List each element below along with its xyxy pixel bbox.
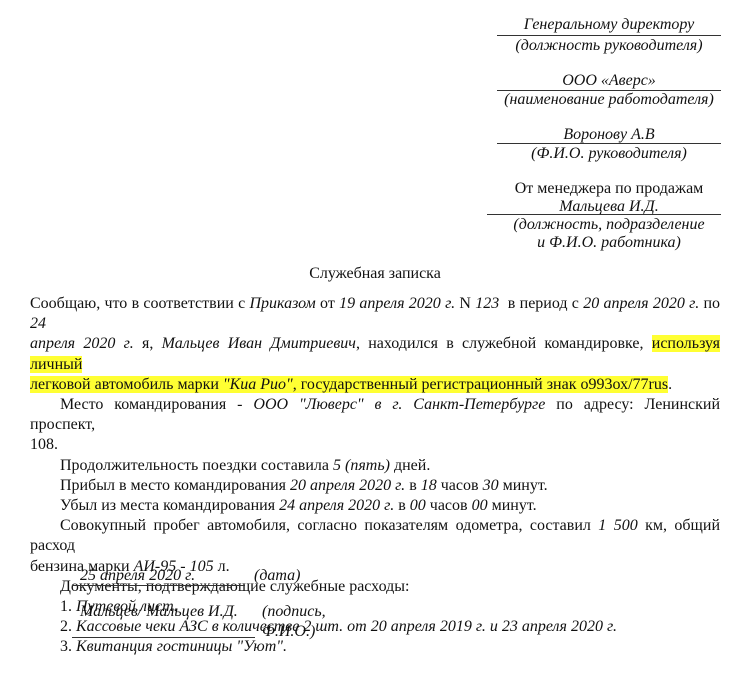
highlighted-plate: , государственный регистрационный знак о… [293, 376, 668, 393]
text: л. [214, 558, 230, 575]
text: Сообщаю, что в соответствии с [30, 295, 249, 312]
list-item: 3. Квитанция гостиницы "Уют". [30, 637, 720, 657]
paragraph-trip-line-3: легковой автомобиль марки "Киа Рио", гос… [30, 375, 720, 395]
paragraph-place-line-2: 108. [30, 435, 720, 455]
period-end-day: 24 [30, 315, 46, 332]
list-number: 1. [60, 598, 76, 615]
signature-caption-2: Ф.И.О.) [262, 622, 315, 642]
head-name: Воронову А.В [497, 125, 721, 145]
arrival-hours: 18 [421, 477, 437, 494]
arrival-date: 20 апреля 2020 г. [290, 477, 405, 494]
period-start: 20 апреля 2020 г. [583, 295, 699, 312]
text: , находился в служебной командировке, [356, 335, 652, 352]
paragraph-arrival: Прибыл в место командирования 20 апреля … [30, 476, 720, 496]
document-title: Служебная записка [0, 265, 750, 283]
text: часов [437, 477, 483, 494]
order-date: 19 апреля 2020 г. [339, 295, 455, 312]
text: по [699, 295, 720, 312]
arrival-minutes: 30 [483, 477, 499, 494]
text: . [668, 376, 672, 393]
text: Прибыл в место командирования [60, 477, 290, 494]
text: минут. [488, 497, 537, 514]
order-word: Приказом [249, 295, 315, 312]
text: N [455, 295, 475, 312]
mileage: 1 500 [598, 517, 637, 534]
text: Убыл из места командирования [60, 497, 279, 514]
date-underline [72, 585, 245, 586]
text: я, [134, 335, 162, 352]
text: Продолжительность поездки составила [60, 457, 333, 474]
text: Место командирования - [60, 396, 253, 413]
departure-date: 24 апреля 2020 г. [279, 497, 394, 514]
paragraph-place-line-1: Место командирования - ООО "Люверс" в г.… [30, 395, 720, 435]
text: минут. [499, 477, 548, 494]
departure-minutes: 00 [472, 497, 488, 514]
signature-name: Мальцев/ Мальцев И.Д. [80, 602, 238, 622]
text: в [394, 497, 410, 514]
paragraph-mileage-line-1: Совокупный пробег автомобиля, согласно п… [30, 516, 720, 556]
paragraph-duration: Продолжительность поездки составила 5 (п… [30, 456, 720, 476]
text: Совокупный пробег автомобиля, согласно п… [60, 517, 598, 534]
order-number: 123 [475, 295, 499, 312]
text: дней. [390, 457, 430, 474]
place: ООО "Люверс" в г. Санкт-Петербурге [253, 396, 545, 413]
list-number: 2. [60, 618, 76, 635]
employer-caption: (наименование работодателя) [497, 90, 721, 110]
text: часов [426, 497, 472, 514]
text: в период с [499, 295, 583, 312]
employee-name: Мальцев Иван Дмитриевич [162, 335, 356, 352]
departure-hours: 00 [410, 497, 426, 514]
paragraph-trip-line-1: Сообщаю, что в соответствии с Приказом о… [30, 294, 720, 334]
text: в [405, 477, 421, 494]
duration: 5 (пять) [333, 457, 390, 474]
highlighted-text: легковой автомобиль марки [30, 376, 223, 393]
date-caption: (дата) [254, 566, 301, 586]
sender-caption-1: (должность, подразделение [497, 215, 721, 235]
head-name-caption: (Ф.И.О. руководителя) [497, 144, 721, 164]
addressee-position: Генеральному директору [497, 15, 721, 35]
paragraph-departure: Убыл из места командирования 24 апреля 2… [30, 496, 720, 516]
paragraph-trip-line-2: апреля 2020 г. я, Мальцев Иван Дмитриеви… [30, 334, 720, 374]
sender-position: От менеджера по продажам [497, 179, 721, 199]
list-number: 3. [60, 638, 76, 655]
text: от [316, 295, 339, 312]
signature-underline [72, 637, 255, 638]
signature-date: 25 апреля 2020 г. [80, 566, 195, 586]
employer-name: ООО «Аверс» [497, 71, 721, 91]
sender-caption-2: и Ф.И.О. работника) [497, 233, 721, 253]
signature-caption-1: (подпись, [262, 602, 326, 622]
addressee-position-caption: (должность руководителя) [497, 36, 721, 56]
car-model: "Киа Рио" [223, 376, 293, 393]
period-end-month: апреля 2020 г. [30, 335, 134, 352]
list-text: Квитанция гостиницы "Уют". [76, 638, 287, 655]
